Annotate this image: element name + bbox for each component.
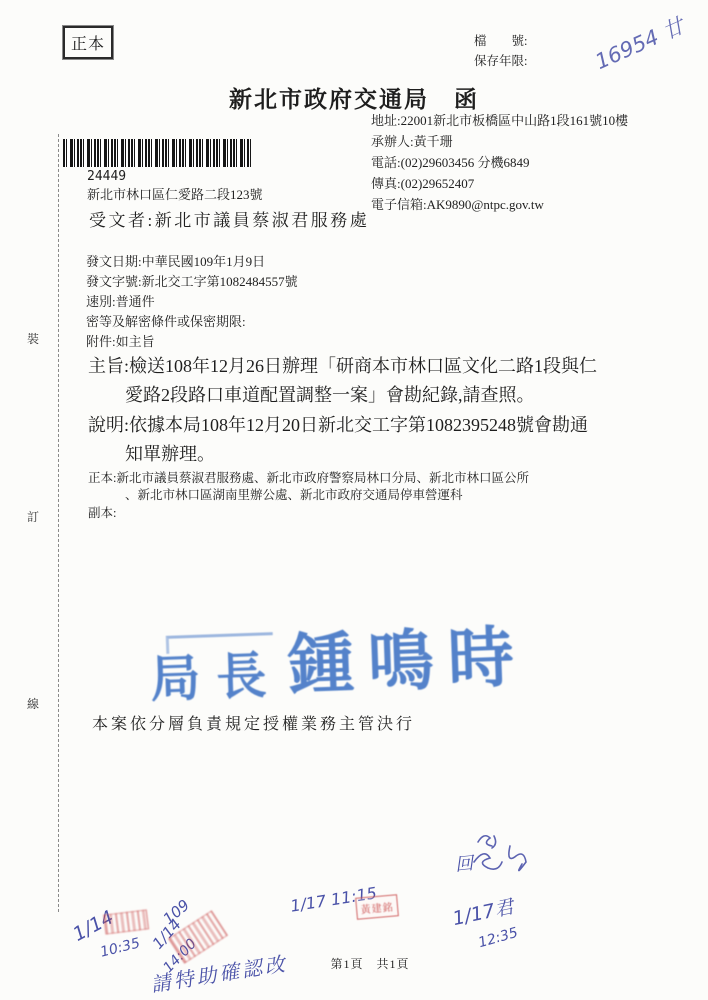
description-line-2: 知單辦理。: [88, 440, 588, 469]
name-stamp-huang-jian-ming: 黃建銘: [355, 894, 399, 920]
agency-phone: 電話:(02)29603456 分機6849: [371, 152, 628, 173]
signoff-date-scribble: 1/17君: [450, 892, 516, 931]
signoff-time-scribble: 12:35: [477, 925, 520, 952]
delegation-authorization-note: 本案依分層負責規定授權業務主管決行: [92, 711, 415, 734]
copy-type-label: 正本: [71, 31, 105, 54]
recipient-street-address: 新北市林口區仁愛路二段123號: [87, 184, 263, 203]
agency-fax: 傳真:(02)29652407: [371, 173, 628, 194]
security-classification: 密等及解密條件或保密期限:: [86, 312, 298, 332]
recipient-line: 受文者:新北市議員蔡淑君服務處: [89, 206, 369, 231]
handwritten-file-number: 16954 廿: [590, 10, 689, 76]
retention-period-label: 保存年限:: [474, 51, 527, 71]
agency-email: 電子信箱:AK9890@ntpc.gov.tw: [371, 194, 628, 215]
director-name-stamp-text: 鍾鳴時: [287, 625, 529, 699]
issue-number: 發文字號:新北交工字第1082484557號: [86, 272, 298, 292]
handwritten-signature-scribble: [470, 828, 540, 888]
binding-dashed-line: [58, 134, 59, 912]
description-paragraph: 說明:依據本局108年12月20日新北交工字第1082395248號會勘通 知單…: [88, 411, 588, 469]
issue-date: 發文日期:中華民國109年1月9日: [86, 252, 298, 272]
original-recipients-line-1: 正本:新北市議員蔡淑君服務處、新北市政府警察局林口分局、新北市林口區公所: [88, 470, 529, 487]
agency-undertaker: 承辦人:黃千珊: [371, 131, 628, 152]
copy-recipients-line: 副本:: [88, 505, 529, 522]
subject-paragraph: 主旨:檢送108年12月26日辦理「研商本市林口區文化二路1段與仁 愛路2段路口…: [88, 352, 597, 410]
copy-type-stamp: 正本: [63, 26, 113, 59]
delivery-speed: 速別:普通件: [86, 292, 298, 312]
subject-line-2: 愛路2段路口車道配置調整一案」會勘紀錄,請查照。: [88, 381, 597, 410]
file-number-label: 檔 號:: [474, 31, 527, 51]
director-signature-stamp: 局長 鍾鳴時: [149, 625, 529, 704]
archive-fields: 檔 號: 保存年限:: [474, 31, 527, 71]
mailing-barcode: [63, 139, 251, 167]
receipt-name-stamp-illegible-1: [103, 909, 149, 934]
agency-contact-block: 地址:22001新北市板橋區中山路1段161號10樓 承辦人:黃千珊 電話:(0…: [371, 110, 628, 215]
binding-mark-xian: 線: [27, 695, 39, 712]
attachment-note: 附件:如主旨: [86, 332, 298, 352]
document-meta-block: 發文日期:中華民國109年1月9日 發文字號:新北交工字第1082484557號…: [86, 252, 298, 352]
original-recipients-line-2: 、新北市林口區湖南里辦公處、新北市政府交通局停車營運科: [88, 487, 529, 504]
director-title-stamp-text: 局長: [150, 650, 284, 705]
page-number-footer: 第1頁 共1頁: [0, 955, 708, 972]
agency-address: 地址:22001新北市板橋區中山路1段161號10樓: [371, 110, 628, 131]
binding-mark-ding: 訂: [27, 508, 39, 525]
barcode-number: 24449: [87, 169, 126, 184]
scanned-official-letter: 正本 檔 號: 保存年限: 16954 廿 新北市政府交通局 函 地址:2200…: [0, 0, 708, 1000]
description-line-1: 說明:依據本局108年12月20日新北交工字第1082395248號會勘通: [88, 411, 588, 440]
binding-mark-zhuang: 裝: [27, 330, 39, 347]
distribution-block: 正本:新北市議員蔡淑君服務處、新北市政府警察局林口分局、新北市林口區公所 、新北…: [88, 470, 529, 522]
subject-line-1: 主旨:檢送108年12月26日辦理「研商本市林口區文化二路1段與仁: [88, 352, 597, 381]
